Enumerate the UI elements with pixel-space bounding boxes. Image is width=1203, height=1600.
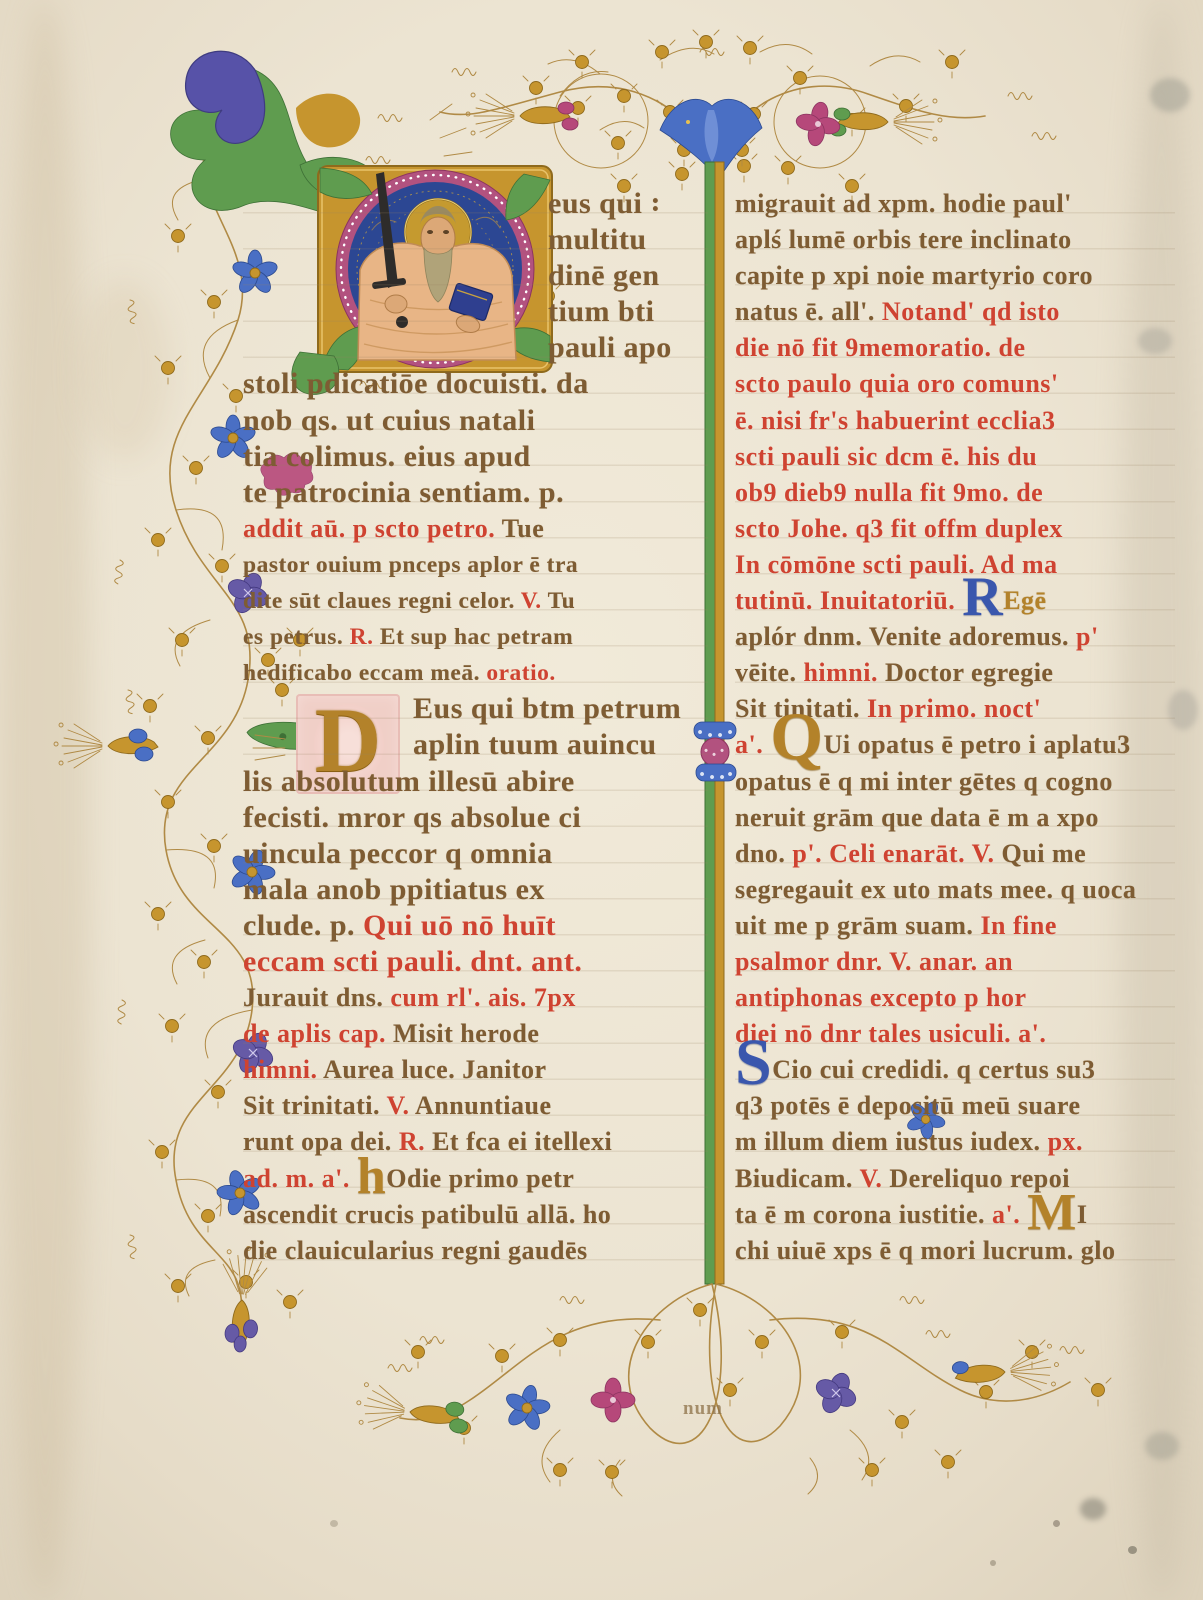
left-text-column: eus qui ꞉multitudinē gentium btipauli ap… [243,186,708,1269]
text-segment: p'. Celi enarāt. V. [792,839,1001,868]
text-segment: die clauicularius regni gaudēs [243,1236,588,1265]
speck [330,1520,338,1527]
text-segment: Aurea luce. Janitor [323,1055,547,1084]
text-line: ē. nisi fr's habuerint ecclia3 [735,403,1175,439]
gold-comet [830,99,942,144]
text-segment: Cio cui credidi. q certus su3 [772,1055,1095,1084]
text-line: In cōmōne scti pauli. Ad ma [735,547,1175,583]
text-line: tutinū. Inuitatoriū. REgē [735,583,1175,619]
text-line: vēite. himni. Doctor egregie [735,655,1175,691]
text-segment: a'. [735,730,770,759]
text-line: lis absolutum illesū abire [243,764,708,800]
text-segment: natus ē. all'. [735,297,882,326]
text-segment: m illum diem iustus iudex. [735,1127,1048,1156]
violet-flower [813,1370,859,1416]
text-segment: Et fca ei itellexi [432,1127,612,1156]
text-line: uincula peccor q omnia [243,836,708,872]
text-segment: scto Johe. q3 fit offm duplex [735,514,1063,543]
text-segment: es petrus. [243,624,350,650]
text-segment: uit me p grām suam. [735,911,980,940]
text-line: runt opa dei. R. Et fca ei itellexi [243,1124,708,1160]
text-segment: segregauit ex uto mats mee. q uoca [735,875,1136,904]
text-line: dite sūt claues regni celor. V. Tu [243,583,708,619]
text-line: tium bti [243,294,708,330]
text-line: uit me p grām suam. In fine [735,908,1175,944]
text-segment: himni. [243,1055,323,1084]
text-line: fecisti. mror qs absolue ci [243,800,708,836]
text-line: aplin tuum auincu [243,727,708,763]
manuscript-leaf: D eus qui ꞉multitudinē gentium btipauli … [0,0,1203,1600]
text-segment: ascendit crucis patibulū allā. ho [243,1200,611,1229]
blue-columbine-flower [657,99,767,180]
text-segment: I [1077,1200,1088,1229]
page-edge-shadow [0,0,90,1600]
text-segment: ob9 dieb9 nulla fit 9mo. de [735,478,1043,507]
text-segment: Tu [548,588,576,614]
magenta-flower [795,101,841,147]
text-segment: te patrocinia sentiam. p. [243,476,564,509]
text-segment: stoli pdicatiōe docuisti. da [243,367,589,400]
catchword: num [648,1398,758,1420]
text-segment: opatus ē q mi inter gētes q cogno [735,767,1113,796]
gold-comet [466,93,578,138]
text-segment: fecisti. mror qs absolue ci [243,801,581,834]
text-segment: Jurauit dns. [243,983,390,1012]
text-segment: eus qui ꞉ [548,187,661,220]
gold-comet [354,1382,472,1442]
text-segment: neruit grām que data ē m a xpo [735,803,1099,832]
text-segment: ta ē m corona iustitie. [735,1200,992,1229]
text-line: himni. Aurea luce. Janitor [243,1052,708,1088]
text-line: es petrus. R. Et sup hac petram [243,619,708,655]
text-line: eus qui ꞉ [243,186,708,222]
blue-flower [499,1381,556,1436]
text-line: natus ē. all'. Notand' qd isto [735,294,1175,330]
text-segment: ē. nisi fr's habuerint ecclia3 [735,406,1055,435]
text-segment: Annuntiaue [415,1091,552,1120]
stain [1080,1498,1106,1520]
text-line: clude. p. Qui uō nō huīt [243,908,708,944]
text-line: antiphonas excepto p hor [735,980,1175,1016]
speck [990,1560,996,1566]
text-line: mala anob ppitiatus ex [243,872,708,908]
text-segment: mala anob ppitiatus ex [243,873,545,906]
text-segment: clude. p. [243,909,363,942]
text-segment: In cōmōne scti pauli. Ad ma [735,550,1058,579]
text-segment: ad. m. a'. [243,1164,357,1193]
text-line: migrauit ad xpm. hodie paul' [735,186,1175,222]
text-segment: tia colimus. eius apud [243,440,531,473]
vellum-mottle [80,280,170,460]
gold-comet [951,1343,1061,1399]
text-segment: capite p xpi noie martyrio coro [735,261,1093,290]
text-segment: R. [399,1127,432,1156]
text-line: ascendit crucis patibulū allā. ho [243,1197,708,1233]
text-line: pauli apo [243,330,708,366]
text-segment: aplór dnm. Venite adoremus. [735,622,1076,651]
text-line: Eus qui btm petrum [243,691,708,727]
text-segment: scti pauli sic dcm ē. his du [735,442,1037,471]
text-line: ob9 dieb9 nulla fit 9mo. de [735,475,1175,511]
text-segment: aplin tuum auincu [413,728,657,761]
text-segment: aplś lumē orbis tere inclinato [735,225,1072,254]
text-line: hedificabo eccam meā. oratio. [243,655,708,691]
text-line: scti pauli sic dcm ē. his du [735,439,1175,475]
text-line: m illum diem iustus iudex. px. [735,1124,1175,1160]
text-segment: p' [1076,622,1099,651]
text-segment: Egē [1003,586,1046,615]
text-line: capite p xpi noie martyrio coro [735,258,1175,294]
text-segment: V. [387,1091,416,1120]
text-segment: chi uiuē xps ē q mori lucrum. glo [735,1236,1116,1265]
text-line: ad. m. a'. hOdie primo petr [243,1161,708,1197]
text-line: eccam scti pauli. dnt. ant. [243,944,708,980]
text-line: Biudicam. V. Dereliquo repoi [735,1161,1175,1197]
speck [1053,1520,1060,1527]
text-segment: px. [1048,1127,1083,1156]
text-segment: Eus qui btm petrum [413,692,681,725]
text-segment: tutinū. Inuitatoriū. [735,586,962,615]
gold-comet-left [54,723,158,768]
text-segment: nob qs. ut cuius natali [243,404,535,437]
text-segment: In primo. noct' [867,694,1041,723]
text-segment: eccam scti pauli. dnt. ant. [243,945,582,978]
text-segment: V. [859,1164,889,1193]
text-line: die clauicularius regni gaudēs [243,1233,708,1269]
text-segment: Sit trinitati. [243,1091,387,1120]
text-segment: Misit herode [393,1019,539,1048]
text-line: psalmor dnr. V. anar. an [735,944,1175,980]
text-segment: V. [521,588,548,614]
text-segment: a'. [992,1200,1027,1229]
text-line: stoli pdicatiōe docuisti. da [243,366,708,402]
stain [1150,78,1190,112]
text-line: addit aū. p scto petro. Tue [243,511,708,547]
text-segment: hedificabo eccam meā. [243,660,486,686]
text-line: diei nō dnr tales usiculi. a'. [735,1016,1175,1052]
text-segment: Tue [502,514,544,543]
text-line: nob qs. ut cuius natali [243,403,708,439]
text-segment: pauli apo [548,331,672,364]
text-line: q3 potēs ē depositū meū suare [735,1088,1175,1124]
text-segment: uincula peccor q omnia [243,837,553,870]
text-segment: dite sūt claues regni celor. [243,588,521,614]
text-segment: die nō fit 9memoratio. de [735,333,1026,362]
text-line: scto paulo quia oro comuns' [735,366,1175,402]
text-segment: himni. [803,658,885,687]
text-segment: Notand' qd isto [882,297,1060,326]
text-line: ta ē m corona iustitie. a'. MI [735,1197,1175,1233]
text-segment: Odie primo petr [386,1164,574,1193]
text-line: opatus ē q mi inter gētes q cogno [735,764,1175,800]
text-segment: Qui me [1002,839,1087,868]
text-segment: dno. [735,839,792,868]
text-segment: diei nō dnr tales usiculi. a'. [735,1019,1046,1048]
text-segment: psalmor dnr. V. anar. an [735,947,1013,976]
text-line: die nō fit 9memoratio. de [735,330,1175,366]
text-line: de aplis cap. Misit herode [243,1016,708,1052]
text-segment: In fine [980,911,1056,940]
text-line: pastor ouium pnceps aplor ē tra [243,547,708,583]
magenta-flower [586,1373,639,1426]
text-segment: Qui uō nō huīt [363,909,556,942]
right-text-column: migrauit ad xpm. hodie paul'aplś lumē or… [735,186,1175,1269]
stain [1145,1432,1179,1460]
text-segment: scto paulo quia oro comuns' [735,369,1059,398]
text-segment: addit aū. p scto petro. [243,514,502,543]
text-segment: Ui opatus ē petro i aplatu3 [824,730,1131,759]
text-segment: Biudicam. [735,1164,859,1193]
text-segment: Doctor egregie [885,658,1053,687]
text-line: chi uiuē xps ē q mori lucrum. glo [735,1233,1175,1269]
speck [1128,1546,1137,1554]
text-line: a'. QUi opatus ē petro i aplatu3 [735,727,1175,763]
text-segment: Et sup hac petram [380,624,573,650]
text-line: Jurauit dns. cum rl'. ais. 7px [243,980,708,1016]
text-line: aplór dnm. Venite adoremus. p' [735,619,1175,655]
text-segment: dinē gen [548,259,660,292]
text-line: dinē gen [243,258,708,294]
text-line: dno. p'. Celi enarāt. V. Qui me [735,836,1175,872]
text-line: SCio cui credidi. q certus su3 [735,1052,1175,1088]
text-line: Sit trinitati. V. Annuntiaue [243,1088,708,1124]
text-segment: lis absolutum illesū abire [243,765,575,798]
text-segment: q3 potēs ē depositū meū suare [735,1091,1081,1120]
text-line: multitu [243,222,708,258]
text-segment: vēite. [735,658,803,687]
text-segment: oratio. [486,660,555,686]
text-segment: de aplis cap. [243,1019,393,1048]
text-segment: R. [350,624,380,650]
text-line: neruit grām que data ē m a xpo [735,800,1175,836]
text-line: aplś lumē orbis tere inclinato [735,222,1175,258]
text-line: te patrocinia sentiam. p. [243,475,708,511]
text-segment: multitu [548,223,647,256]
text-segment: tium bti [548,295,655,328]
text-line: tia colimus. eius apud [243,439,708,475]
text-segment: migrauit ad xpm. hodie paul' [735,189,1072,218]
text-segment: antiphonas excepto p hor [735,983,1027,1012]
text-segment: cum rl'. ais. 7px [390,983,575,1012]
text-line: scto Johe. q3 fit offm duplex [735,511,1175,547]
text-line: segregauit ex uto mats mee. q uoca [735,872,1175,908]
text-segment: pastor ouium pnceps aplor ē tra [243,552,578,578]
